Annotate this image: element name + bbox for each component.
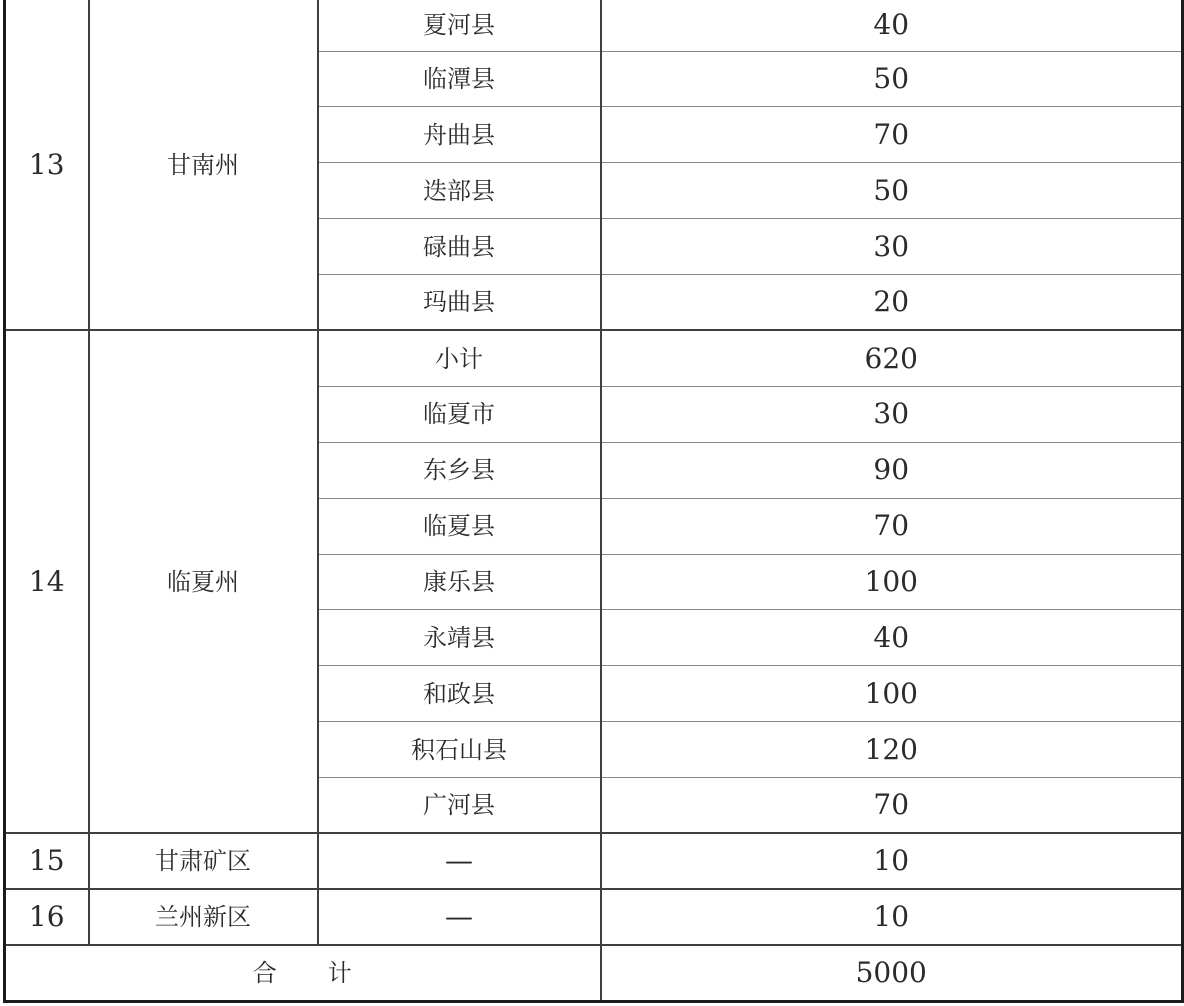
document-table-container: 13 甘南州 夏河县 40 临潭县 50 舟曲县 70 迭部县 50 碌曲县 3…	[3, 0, 1181, 1003]
county-cell: 迭部县	[318, 163, 601, 219]
value-cell: 20	[601, 275, 1183, 331]
value-cell: 70	[601, 778, 1183, 834]
value-cell: 30	[601, 386, 1183, 442]
value-cell: 40	[601, 610, 1183, 666]
total-row: 合 计 5000	[5, 945, 1183, 1001]
county-cell: 舟曲县	[318, 107, 601, 163]
value-cell: 100	[601, 666, 1183, 722]
allocation-table: 13 甘南州 夏河县 40 临潭县 50 舟曲县 70 迭部县 50 碌曲县 3…	[3, 0, 1184, 1003]
county-cell: 碌曲县	[318, 219, 601, 275]
row-number-cell: 14	[5, 330, 89, 833]
county-cell: 临夏市	[318, 386, 601, 442]
county-cell: 和政县	[318, 666, 601, 722]
total-value-cell: 5000	[601, 945, 1183, 1001]
region-cell: 兰州新区	[89, 889, 318, 945]
county-cell: 永靖县	[318, 610, 601, 666]
region-cell: 甘肃矿区	[89, 833, 318, 889]
county-cell: 玛曲县	[318, 275, 601, 331]
total-label-cell: 合 计	[5, 945, 601, 1001]
table-row: 15 甘肃矿区 — 10	[5, 833, 1183, 889]
value-cell: 40	[601, 0, 1183, 51]
value-cell: 30	[601, 219, 1183, 275]
county-cell: 临夏县	[318, 498, 601, 554]
value-cell: 50	[601, 51, 1183, 107]
county-cell: 夏河县	[318, 0, 601, 51]
county-dash-cell: —	[318, 889, 601, 945]
value-cell: 10	[601, 889, 1183, 945]
value-cell: 120	[601, 722, 1183, 778]
value-cell: 100	[601, 554, 1183, 610]
county-cell: 广河县	[318, 778, 601, 834]
county-cell: 积石山县	[318, 722, 601, 778]
value-cell: 70	[601, 107, 1183, 163]
value-cell: 10	[601, 833, 1183, 889]
row-number-cell: 13	[5, 0, 89, 330]
region-cell: 临夏州	[89, 330, 318, 833]
table-row: 13 甘南州 夏河县 40	[5, 0, 1183, 51]
subtotal-label-cell: 小计	[318, 330, 601, 386]
region-cell: 甘南州	[89, 0, 318, 330]
subtotal-value-cell: 620	[601, 330, 1183, 386]
value-cell: 70	[601, 498, 1183, 554]
county-cell: 东乡县	[318, 442, 601, 498]
value-cell: 90	[601, 442, 1183, 498]
table-row: 14 临夏州 小计 620	[5, 330, 1183, 386]
value-cell: 50	[601, 163, 1183, 219]
county-dash-cell: —	[318, 833, 601, 889]
county-cell: 临潭县	[318, 51, 601, 107]
row-number-cell: 15	[5, 833, 89, 889]
row-number-cell: 16	[5, 889, 89, 945]
table-row: 16 兰州新区 — 10	[5, 889, 1183, 945]
county-cell: 康乐县	[318, 554, 601, 610]
